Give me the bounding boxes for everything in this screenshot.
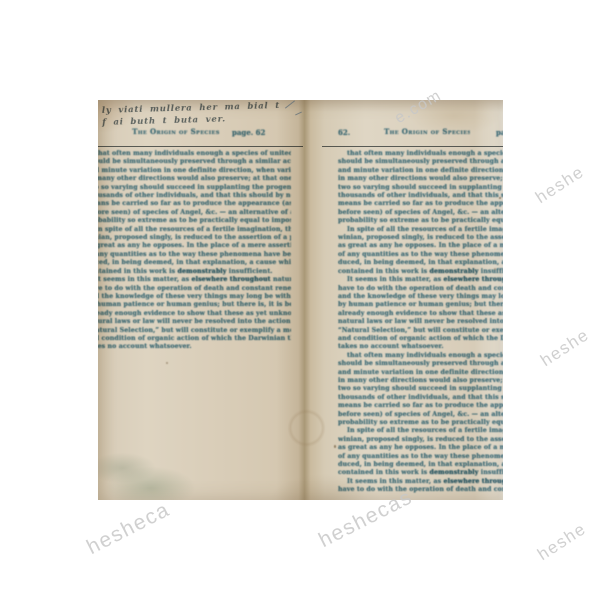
text-line: “Natural Selection,” but will constitute… xyxy=(338,327,503,335)
paper-speck xyxy=(166,362,168,364)
highlighted-word: demonstrably xyxy=(178,268,227,275)
text-line: natural laws or law will never be resolv… xyxy=(98,318,291,326)
text-line: means be carried so far as to produce th… xyxy=(338,200,503,208)
text-line: two so varying should succeed in supplan… xyxy=(98,184,291,192)
text-line: that often many individuals enough a spe… xyxy=(338,352,503,360)
text-line: and condition of organic action of which… xyxy=(98,335,291,343)
text-line: winian, proposed singly, is reduced to t… xyxy=(338,436,503,444)
text-line: probability so extreme as to be practica… xyxy=(98,217,291,225)
right-page-number: 62. xyxy=(338,128,350,139)
text-line: It seems in this matter, as elsewhere th… xyxy=(338,478,503,486)
text-line: thousands of other individuals, and that… xyxy=(338,192,503,200)
text-line: before seen) of species of Angel, &c. — … xyxy=(98,209,291,217)
text-line: as great as any he opposes. In the place… xyxy=(98,242,291,250)
text-line: contained in this work is demonstrably i… xyxy=(338,469,503,477)
text-line: two so varying should succeed in supplan… xyxy=(338,184,503,192)
text-line: two so varying should succeed in supplan… xyxy=(338,385,503,393)
text-line: It seems in this matter, as elsewhere th… xyxy=(338,276,503,284)
left-page-header-right: page. 62 xyxy=(232,128,265,139)
text-line: as great as any he opposes. In the place… xyxy=(338,444,503,452)
text-line: by human patience or human genius; but t… xyxy=(98,301,291,309)
text-line: duced, in being deemed, in that explanat… xyxy=(98,259,291,267)
text-line: should be simultaneously preserved throu… xyxy=(338,360,503,368)
right-page-text-column: that often many individuals enough a spe… xyxy=(338,150,503,495)
text-line: contained in this work is demonstrably i… xyxy=(338,268,503,276)
text-line: of any quantities as to the way these ph… xyxy=(338,453,503,461)
text-line: and the knowledge of these very things m… xyxy=(338,293,503,301)
text-line: by human patience or human genius; but t… xyxy=(338,301,503,309)
highlighted-word: elsewhere throughout xyxy=(192,276,271,283)
text-line: thousands of other individuals, and that… xyxy=(98,192,291,200)
text-line: already enough evidence to show that the… xyxy=(338,310,503,318)
text-line: as great as any he opposes. In the place… xyxy=(338,242,503,250)
text-line: should be simultaneously preserved throu… xyxy=(98,158,291,166)
text-line: in many other directions would also pres… xyxy=(338,377,503,385)
product-image-canvas: { "image_description": "Watermarked phot… xyxy=(0,0,600,600)
text-line: takes no account whatsoever. xyxy=(98,343,291,351)
text-line: that often many individuals enough a spe… xyxy=(338,150,503,158)
text-line: “Natural Selection,” but will constitute… xyxy=(98,327,291,335)
highlighted-word: demonstrably xyxy=(430,469,479,476)
text-line: and the knowledge of these very things m… xyxy=(98,293,291,301)
text-line: takes no account whatsoever. xyxy=(338,343,503,351)
text-line: have to do with the operation of death a… xyxy=(98,285,291,293)
text-line: before seen) of species of Angel, &c. — … xyxy=(338,209,503,217)
highlighted-word: demonstrably xyxy=(430,268,479,275)
left-page-text-column: that often many individuals enough a spe… xyxy=(98,150,291,352)
text-line: In spite of all the resources of a ferti… xyxy=(98,226,291,234)
paper-speck xyxy=(499,197,501,199)
text-line: already enough evidence to show that the… xyxy=(98,310,291,318)
watermark-text: heshe xyxy=(534,519,590,565)
text-line: In spite of all the resources of a ferti… xyxy=(338,226,503,234)
text-line: thousands of other individuals, and that… xyxy=(338,394,503,402)
text-line: contained in this work is demonstrably i… xyxy=(98,268,291,276)
highlighted-word: elsewhere throughout xyxy=(444,478,503,485)
text-line: winian, proposed singly, is reduced to t… xyxy=(338,234,503,242)
text-line: that often many individuals enough a spe… xyxy=(98,150,291,158)
right-page-header-corner: pag xyxy=(496,128,503,139)
text-line: means be carried so far as to produce th… xyxy=(98,200,291,208)
text-line: and minute variation in one definite dir… xyxy=(338,167,503,175)
text-line: In spite of all the resources of a ferti… xyxy=(338,427,503,435)
text-line: in many other directions would also pres… xyxy=(338,175,503,183)
paper-speck xyxy=(494,268,496,270)
text-line: probability so extreme as to be practica… xyxy=(338,419,503,427)
paper-speck xyxy=(334,445,336,448)
text-line: and minute variation in one definite dir… xyxy=(338,369,503,377)
right-page-header-title: The Origin of Species xyxy=(384,127,470,138)
left-page-header-title: The Origin of Species xyxy=(131,127,221,138)
text-line: have to do with the operation of death a… xyxy=(338,486,503,494)
text-line: and condition of organic action of which… xyxy=(338,335,503,343)
text-line: winian, proposed singly, is reduced to t… xyxy=(98,234,291,242)
watermark-text: heshe xyxy=(537,325,593,371)
text-line: probability so extreme as to be practica… xyxy=(338,217,503,225)
text-line: duced, in being deemed, in that explanat… xyxy=(338,259,503,267)
highlighted-word: elsewhere throughout xyxy=(444,276,503,283)
watermark-text: heshe xyxy=(532,162,588,208)
book-spread-photo: ly viati mullera her ma bial t f ai buth… xyxy=(98,100,503,500)
text-line: have to do with the operation of death a… xyxy=(338,285,503,293)
text-line: should be simultaneously preserved throu… xyxy=(338,158,503,166)
text-line: means be carried so far as to produce th… xyxy=(338,402,503,410)
text-line: in many other directions would also pres… xyxy=(98,175,291,183)
watermark-text: hesheca xyxy=(83,498,174,560)
text-line: natural laws or law will never be resolv… xyxy=(338,318,503,326)
text-line: before seen) of species of Angel, &c. — … xyxy=(338,411,503,419)
text-line: It seems in this matter, as elsewhere th… xyxy=(98,276,291,284)
text-line: duced, in being deemed, in that explanat… xyxy=(338,461,503,469)
left-header-rule xyxy=(98,146,303,147)
text-line: of any quantities as to the way these ph… xyxy=(98,251,291,259)
right-header-rule xyxy=(322,146,503,147)
text-line: of any quantities as to the way these ph… xyxy=(338,251,503,259)
text-line: and minute variation in one definite dir… xyxy=(98,167,291,175)
handwritten-note: ly viati mullera her ma bial t f ai buth… xyxy=(102,100,383,129)
